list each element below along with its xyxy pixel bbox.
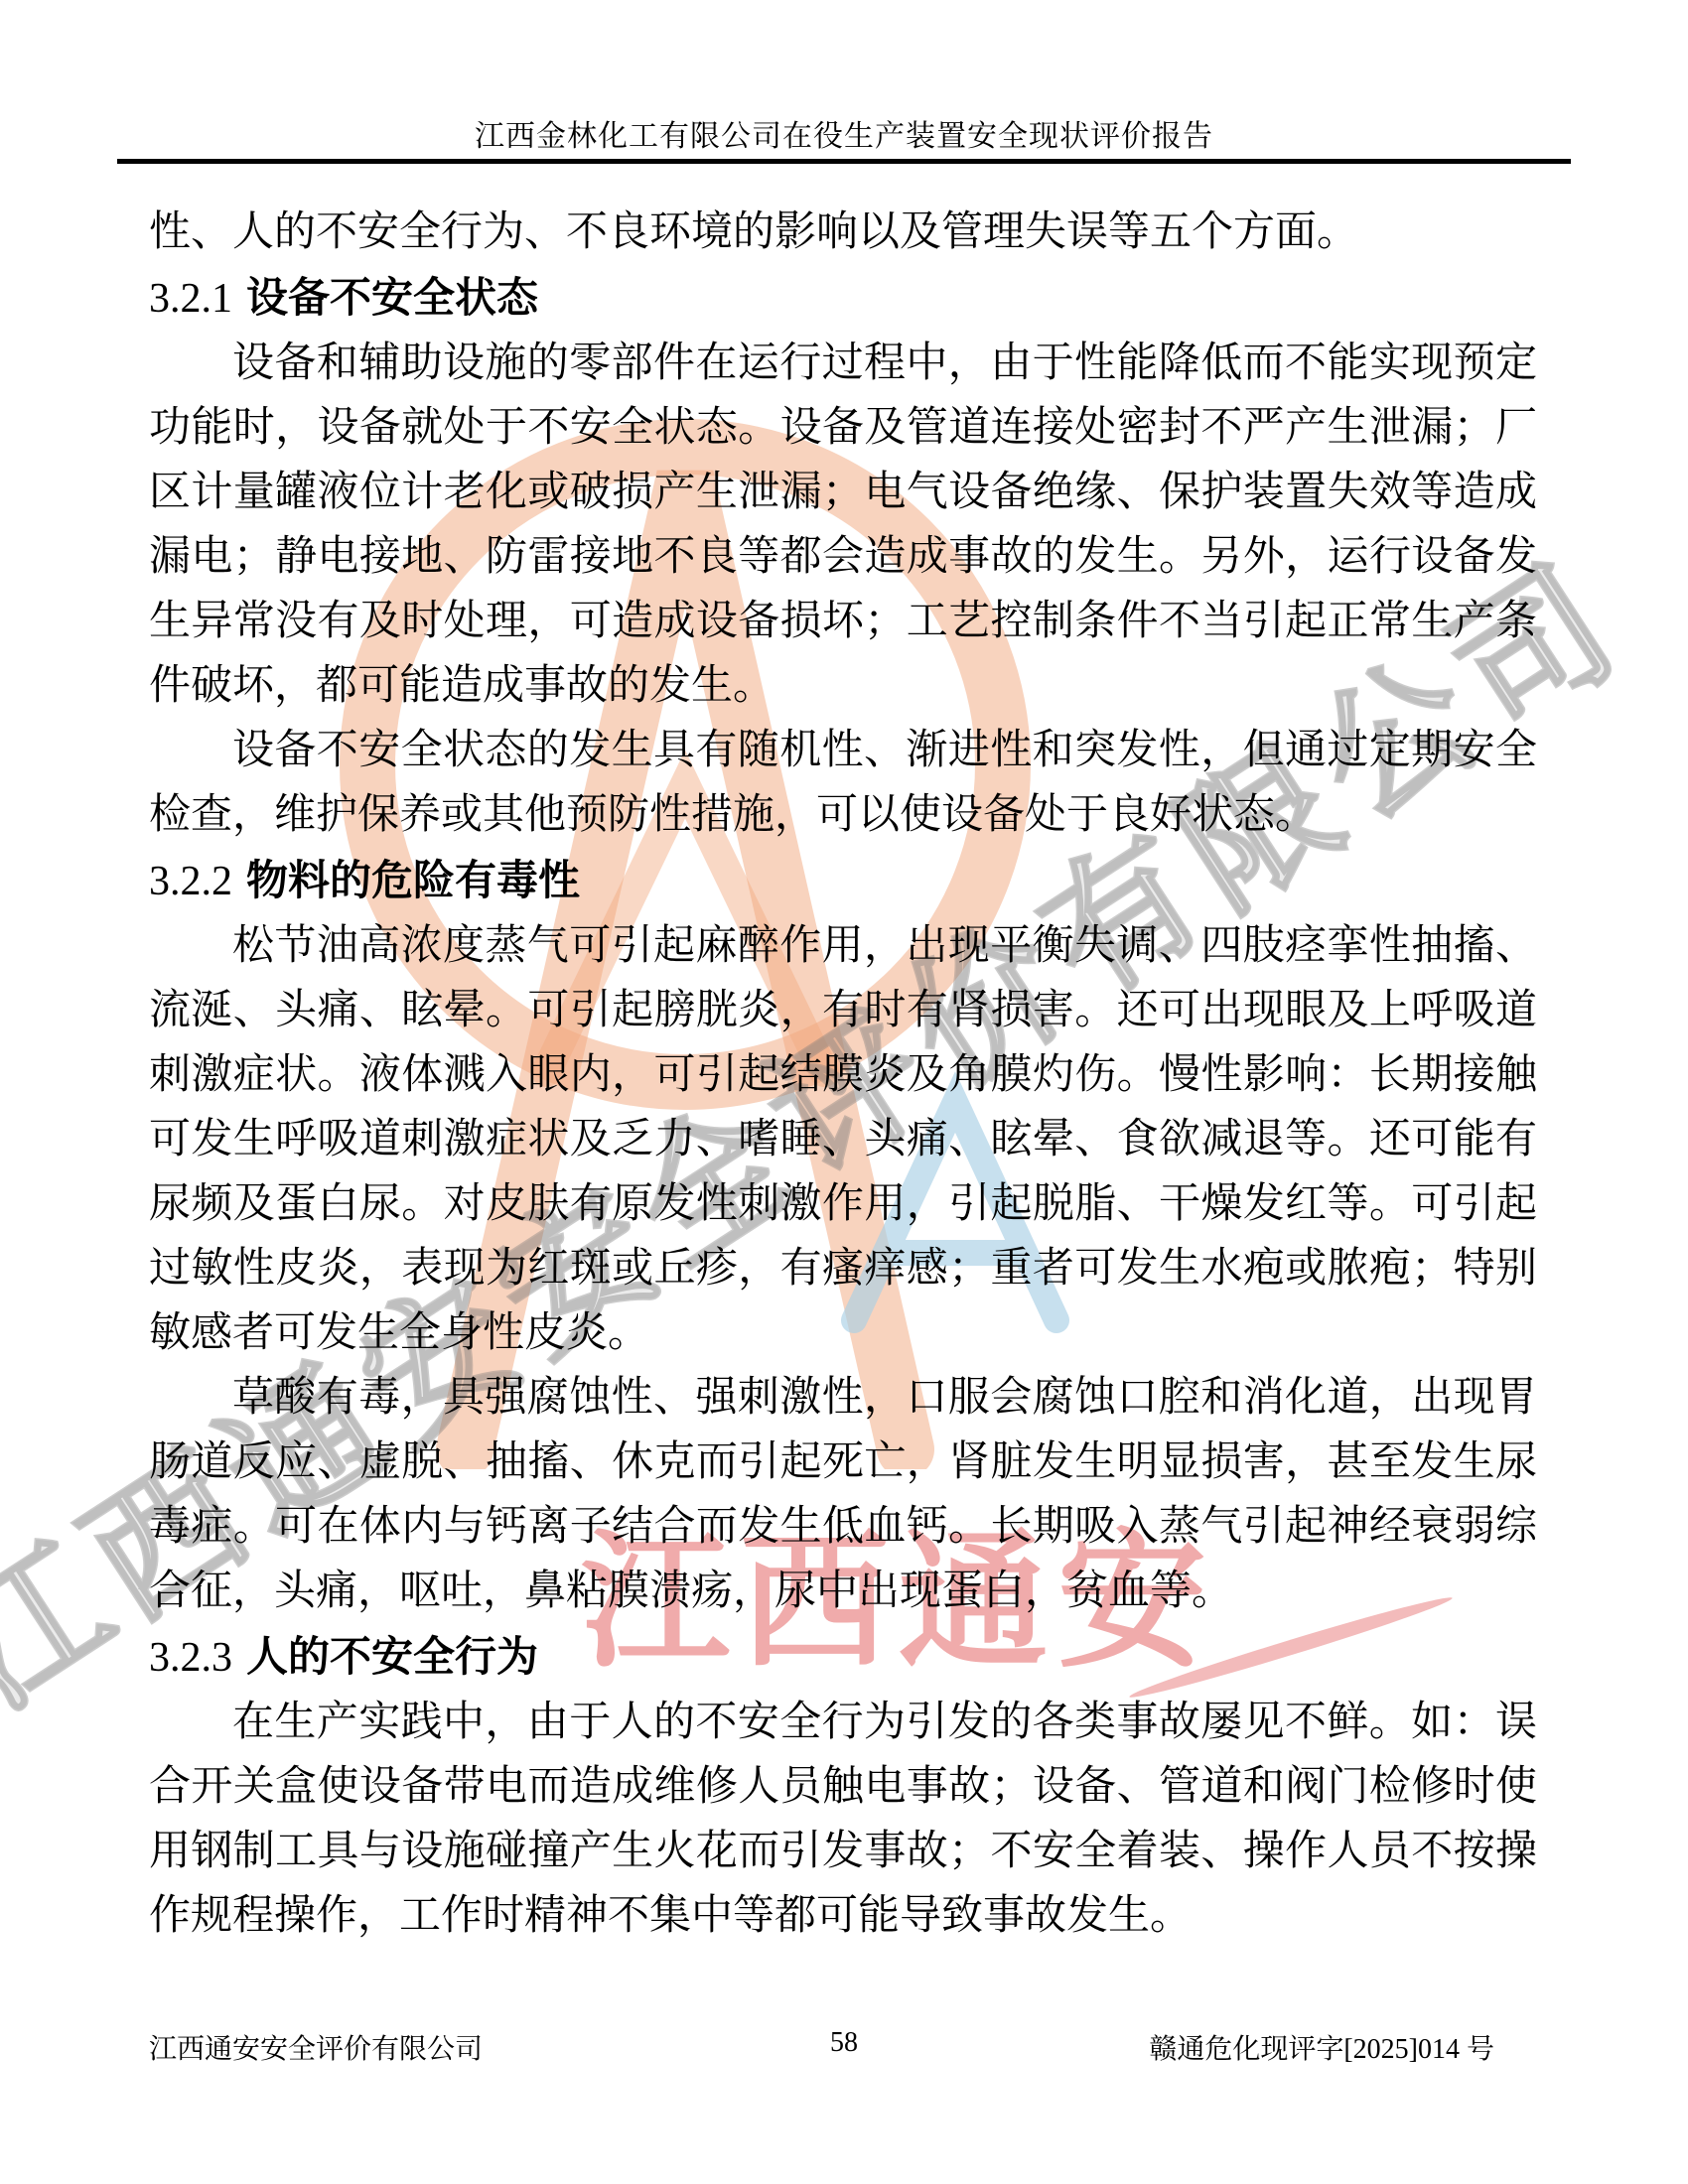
section-number: 3.2.2	[149, 859, 232, 904]
paragraph: 设备不安全状态的发生具有随机性、渐进性和突发性，但通过定期安全检查，维护保养或其…	[149, 719, 1537, 848]
report-header-title: 江西金林化工有限公司在役生产装置安全现状评价报告	[0, 111, 1688, 155]
section-heading-3-2-2: 3.2.2物料的危险有毒性	[149, 848, 1537, 914]
header-rule	[117, 159, 1571, 164]
footer-doc-number: 赣通危化现评字[2025]014 号	[1149, 2027, 1494, 2067]
paragraph: 草酸有毒，具强腐蚀性、强刺激性，口服会腐蚀口腔和消化道，出现胃肠道反应、虚脱、抽…	[149, 1366, 1537, 1624]
section-title: 设备不安全状态	[246, 274, 538, 321]
section-title: 人的不安全行为	[246, 1633, 538, 1680]
section-number: 3.2.1	[149, 276, 232, 322]
section-heading-3-2-1: 3.2.1设备不安全状态	[149, 265, 1537, 332]
paragraph: 在生产实践中，由于人的不安全行为引发的各类事故屡见不鲜。如：误合开关盒使设备带电…	[149, 1691, 1537, 1949]
document-body: 性、人的不安全行为、不良环境的影响以及管理失误等五个方面。 3.2.1设备不安全…	[149, 201, 1537, 1949]
paragraph: 设备和辅助设施的零部件在运行过程中，由于性能降低而不能实现预定功能时，设备就处于…	[149, 332, 1537, 719]
section-title: 物料的危险有毒性	[246, 857, 580, 903]
section-heading-3-2-3: 3.2.3人的不安全行为	[149, 1624, 1537, 1691]
intro-paragraph: 性、人的不安全行为、不良环境的影响以及管理失误等五个方面。	[149, 201, 1537, 265]
document-page: 江西通安安全评价有限公司 江西通安 江西金林化工有限公司在役生产装置安全现状评价…	[0, 0, 1688, 2184]
paragraph: 松节油高浓度蒸气可引起麻醉作用，出现平衡失调、四肢痉挛性抽搐、流涎、头痛、眩晕。…	[149, 914, 1537, 1366]
section-number: 3.2.3	[149, 1635, 232, 1681]
